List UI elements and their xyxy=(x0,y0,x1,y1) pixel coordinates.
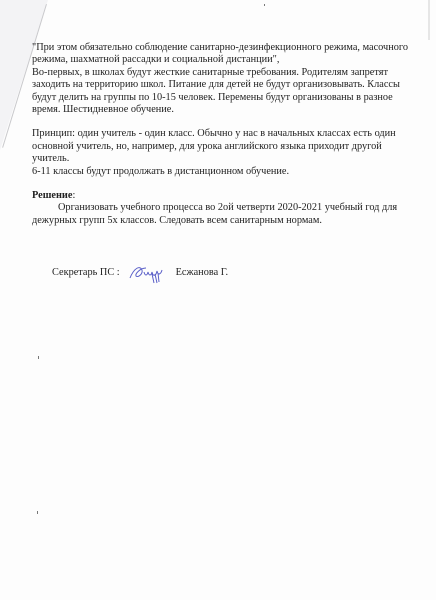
secretary-role: Секретарь ПС : xyxy=(52,267,120,279)
quote-paragraph: "При этом обязательно соблюдение санитар… xyxy=(32,42,417,67)
scan-speck xyxy=(264,4,265,6)
signature-block: Секретарь ПС : Есжанова Г. xyxy=(52,262,228,284)
handwritten-signature-icon xyxy=(126,262,168,284)
distance-learning-paragraph: 6-11 классы будут продолжать в дистанцио… xyxy=(32,166,417,178)
decision-label: Решение xyxy=(32,190,72,201)
spacer xyxy=(32,178,417,190)
decision-colon: : xyxy=(72,190,75,201)
scanned-document-page: "При этом обязательно соблюдение санитар… xyxy=(0,0,436,600)
page-edge-shadow xyxy=(428,0,430,40)
scan-speck xyxy=(38,356,39,359)
scan-speck xyxy=(37,511,38,514)
decision-heading: Решение: xyxy=(32,190,417,202)
spacer xyxy=(32,116,417,128)
document-body: "При этом обязательно соблюдение санитар… xyxy=(32,42,417,227)
decision-text: Организовать учебного процесса во 2ой че… xyxy=(32,202,417,227)
principle-paragraph: Принцип: один учитель - один класс. Обыч… xyxy=(32,128,417,165)
secretary-name: Есжанова Г. xyxy=(176,267,228,279)
requirements-paragraph: Во-первых, в школах будут жесткие санита… xyxy=(32,67,417,117)
